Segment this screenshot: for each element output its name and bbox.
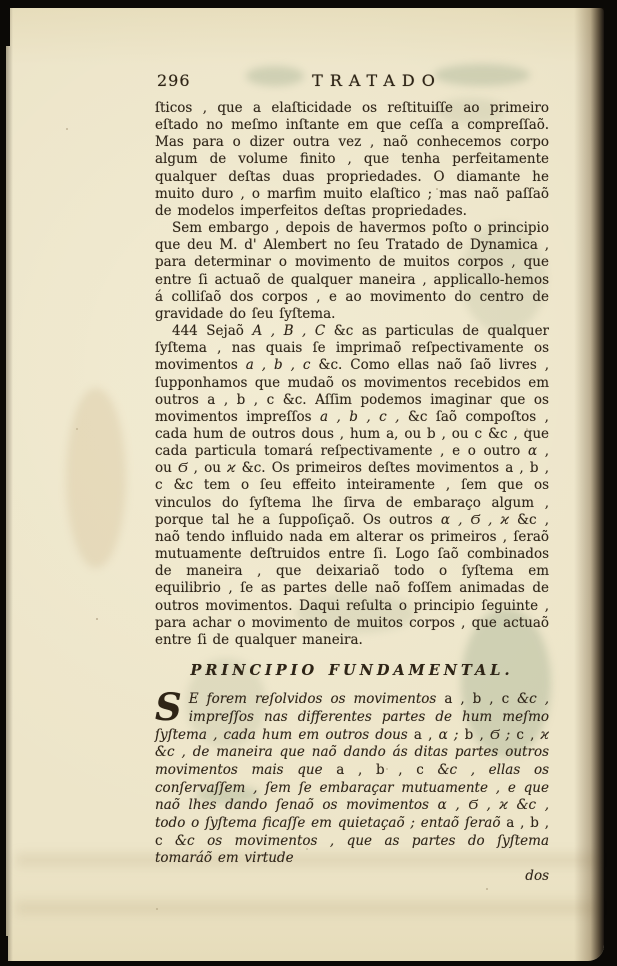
- paper-stain: [66, 388, 126, 568]
- section-heading: PRINCIPIO FUNDAMENTAL.: [155, 662, 549, 679]
- drop-cap: S: [155, 691, 189, 722]
- principle-paragraph: SE forem reſolvidos os movimentos a , b …: [155, 691, 549, 868]
- binding-gutter-shadow: [574, 8, 604, 961]
- paragraph-444: 444 Sejaõ A , B , C &c as particulas de …: [155, 323, 549, 649]
- scan-border-bottom-left: [0, 936, 8, 966]
- left-edge-shadow: [6, 8, 13, 961]
- body-text: ſticos , que a elaſticidade os reſtituiſ…: [155, 100, 549, 885]
- page-paper: 296 TRATADO ſticos , que a elaſticidade …: [6, 8, 604, 961]
- book-scan: { "page": { "number": "296", "running_ti…: [0, 0, 617, 966]
- paragraph-dalembert: Sem embargo , depois de havermos poſto o…: [155, 220, 549, 323]
- principle-text: E forem reſolvidos os movimentos a , b ,…: [155, 691, 549, 866]
- running-title: TRATADO: [247, 71, 507, 90]
- paper-texture-band: [16, 901, 596, 915]
- scan-border-top-left: [0, 0, 10, 46]
- page-number: 296: [157, 71, 191, 90]
- catchword: dos: [155, 868, 549, 885]
- paragraph-continuation: ſticos , que a elaſticidade os reſtituiſ…: [155, 100, 549, 220]
